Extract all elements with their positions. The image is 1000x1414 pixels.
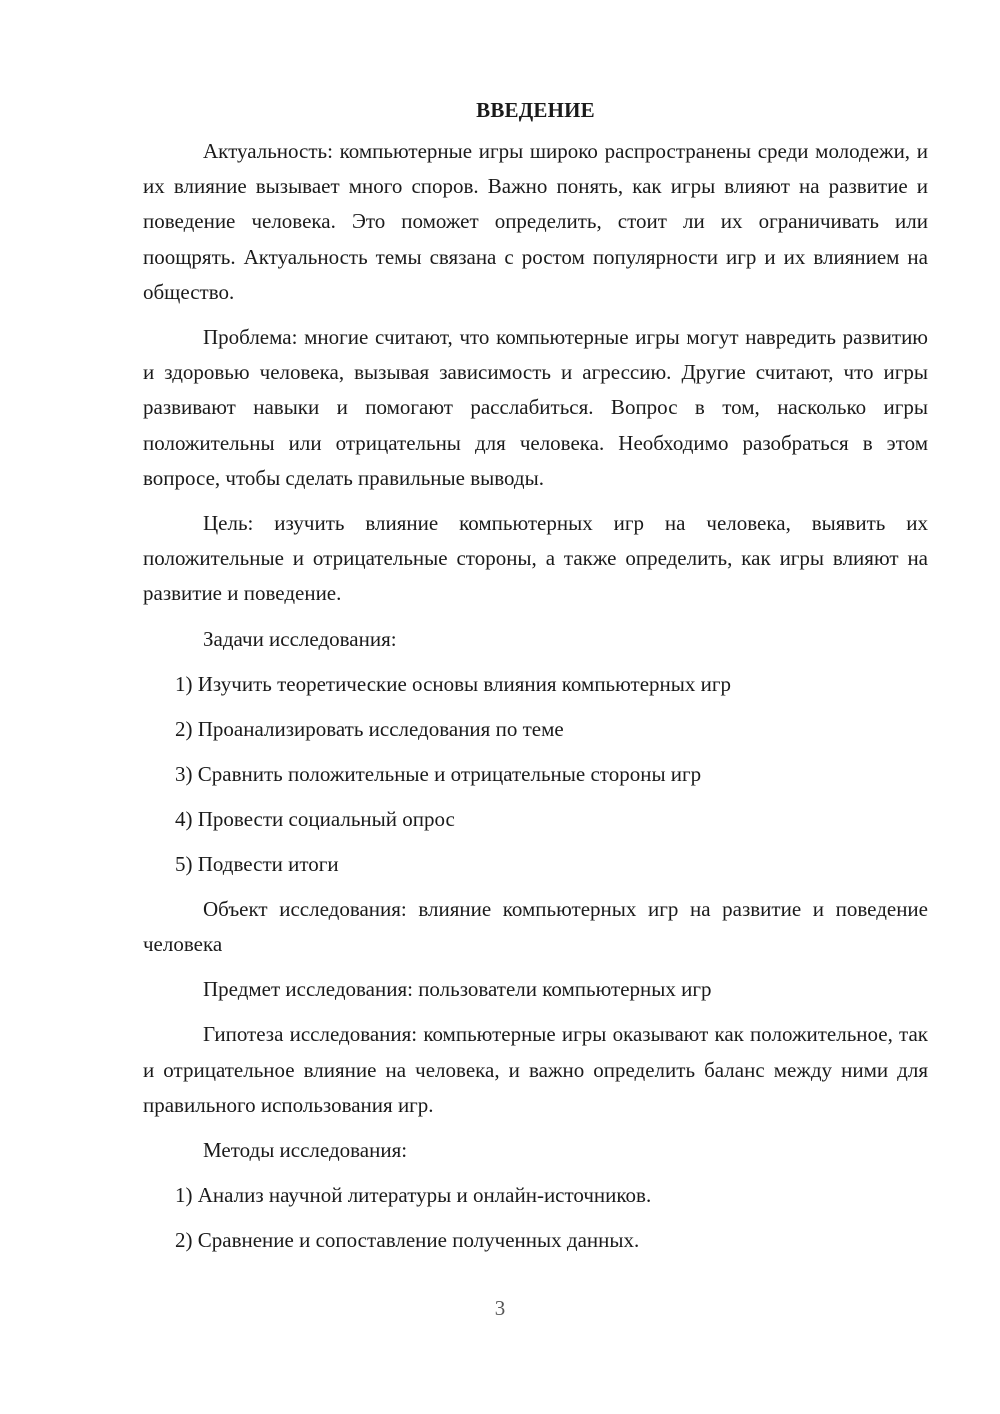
- method-item: 2) Сравнение и сопоставление полученных …: [143, 1223, 928, 1258]
- object-paragraph: Объект исследования: влияние компьютерны…: [143, 892, 928, 962]
- task-item: 4) Провести социальный опрос: [143, 802, 928, 837]
- subject-paragraph: Предмет исследования: пользователи компь…: [143, 972, 928, 1007]
- tasks-list: 1) Изучить теоретические основы влияния …: [143, 667, 928, 882]
- task-item: 3) Сравнить положительные и отрицательны…: [143, 757, 928, 792]
- goal-paragraph: Цель: изучить влияние компьютерных игр н…: [143, 506, 928, 612]
- task-item: 5) Подвести итоги: [143, 847, 928, 882]
- method-item: 1) Анализ научной литературы и онлайн-ис…: [143, 1178, 928, 1213]
- task-item: 1) Изучить теоретические основы влияния …: [143, 667, 928, 702]
- relevance-paragraph: Актуальность: компьютерные игры широко р…: [143, 134, 928, 310]
- page-number: 3: [0, 1296, 1000, 1321]
- tasks-heading: Задачи исследования:: [143, 622, 928, 657]
- task-item: 2) Проанализировать исследования по теме: [143, 712, 928, 747]
- problem-paragraph: Проблема: многие считают, что компьютерн…: [143, 320, 928, 496]
- section-title: ВВЕДЕНИЕ: [143, 92, 928, 128]
- methods-list: 1) Анализ научной литературы и онлайн-ис…: [143, 1178, 928, 1258]
- methods-heading: Методы исследования:: [143, 1133, 928, 1168]
- document-page: ВВЕДЕНИЕ Актуальность: компьютерные игры…: [143, 92, 928, 1268]
- hypothesis-paragraph: Гипотеза исследования: компьютерные игры…: [143, 1017, 928, 1123]
